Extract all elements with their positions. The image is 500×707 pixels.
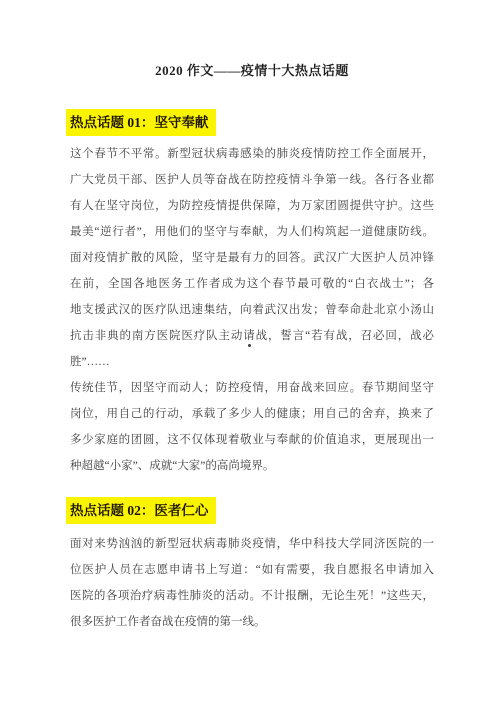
text-line: 种超越“小家”、成就“大家”的高尚境界。: [70, 453, 434, 479]
section-1-heading-row: 热点话题 01：坚守奉献: [70, 109, 434, 136]
text-line: 多少家庭的团圆，这不仅体现着敬业与奉献的价值追求，更展现出一: [70, 427, 434, 453]
text-line: 位医护人员在志愿申请书上写道：“如有需要，我自愿报名申请加入: [70, 557, 434, 583]
text-line: 在前，全国各地医务工作者成为这个春节最可敬的“白衣战士”；各: [70, 271, 434, 297]
text-line: 最美“逆行者”，用他们的坚守与奉献，为人们构筑起一道健康防线。: [70, 219, 434, 245]
text-line: 地支援武汉的医疗队迅速集结，向着武汉出发；曾奉命赴北京小汤山: [70, 297, 434, 323]
text-line: 抗击非典的南方医院医疗队主动请战，誓言“若有战，召必回，战必: [70, 323, 434, 349]
text-line: 胜”……: [70, 349, 434, 375]
section-1-heading-highlighted: 热点话题 01：坚守奉献: [66, 109, 216, 136]
text-line: 这个春节不平常。新型冠状病毒感染的肺炎疫情防控工作全面展开，: [70, 141, 434, 167]
section-2-heading-row: 热点话题 02：医者仁心: [70, 497, 434, 524]
text-line: 医院的各项治疗病毒性肺炎的活动。不计报酬，无论生死！”这些天，: [70, 583, 434, 609]
section-1-paragraph-1: 这个春节不平常。新型冠状病毒感染的肺炎疫情防控工作全面展开，广大党员干部、医护人…: [70, 141, 434, 375]
text-line: 广大党员干部、医护人员等奋战在防控疫情斗争第一线。各行各业都: [70, 167, 434, 193]
text-line: 面对疫情扩散的风险，坚守是最有力的回答。武汉广大医护人员冲锋: [70, 245, 434, 271]
text-line: 岗位，用自己的行动，承载了多少人的健康；用自己的舍弃，换来了: [70, 401, 434, 427]
stray-ink-dot: [248, 344, 251, 347]
section-2-heading-highlighted: 热点话题 02：医者仁心: [66, 497, 216, 524]
text-line: 有人在坚守岗位，为防控疫情提供保障，为万家团圆提供守护。这些: [70, 193, 434, 219]
document-title: 2020 作文——疫情十大热点话题: [70, 62, 434, 80]
document-page: 2020 作文——疫情十大热点话题 热点话题 01：坚守奉献 这个春节不平常。新…: [0, 0, 500, 635]
text-line: 面对来势汹汹的新型冠状病毒肺炎疫情，华中科技大学同济医院的一: [70, 531, 434, 557]
section-2-paragraph-1: 面对来势汹汹的新型冠状病毒肺炎疫情，华中科技大学同济医院的一位医护人员在志愿申请…: [70, 531, 434, 635]
section-1-paragraph-2: 传统佳节，因坚守而动人；防控疫情，用奋战来回应。春节期间坚守岗位，用自己的行动，…: [70, 375, 434, 479]
text-line: 传统佳节，因坚守而动人；防控疫情，用奋战来回应。春节期间坚守: [70, 375, 434, 401]
text-line: 很多医护工作者奋战在疫情的第一线。: [70, 609, 434, 635]
